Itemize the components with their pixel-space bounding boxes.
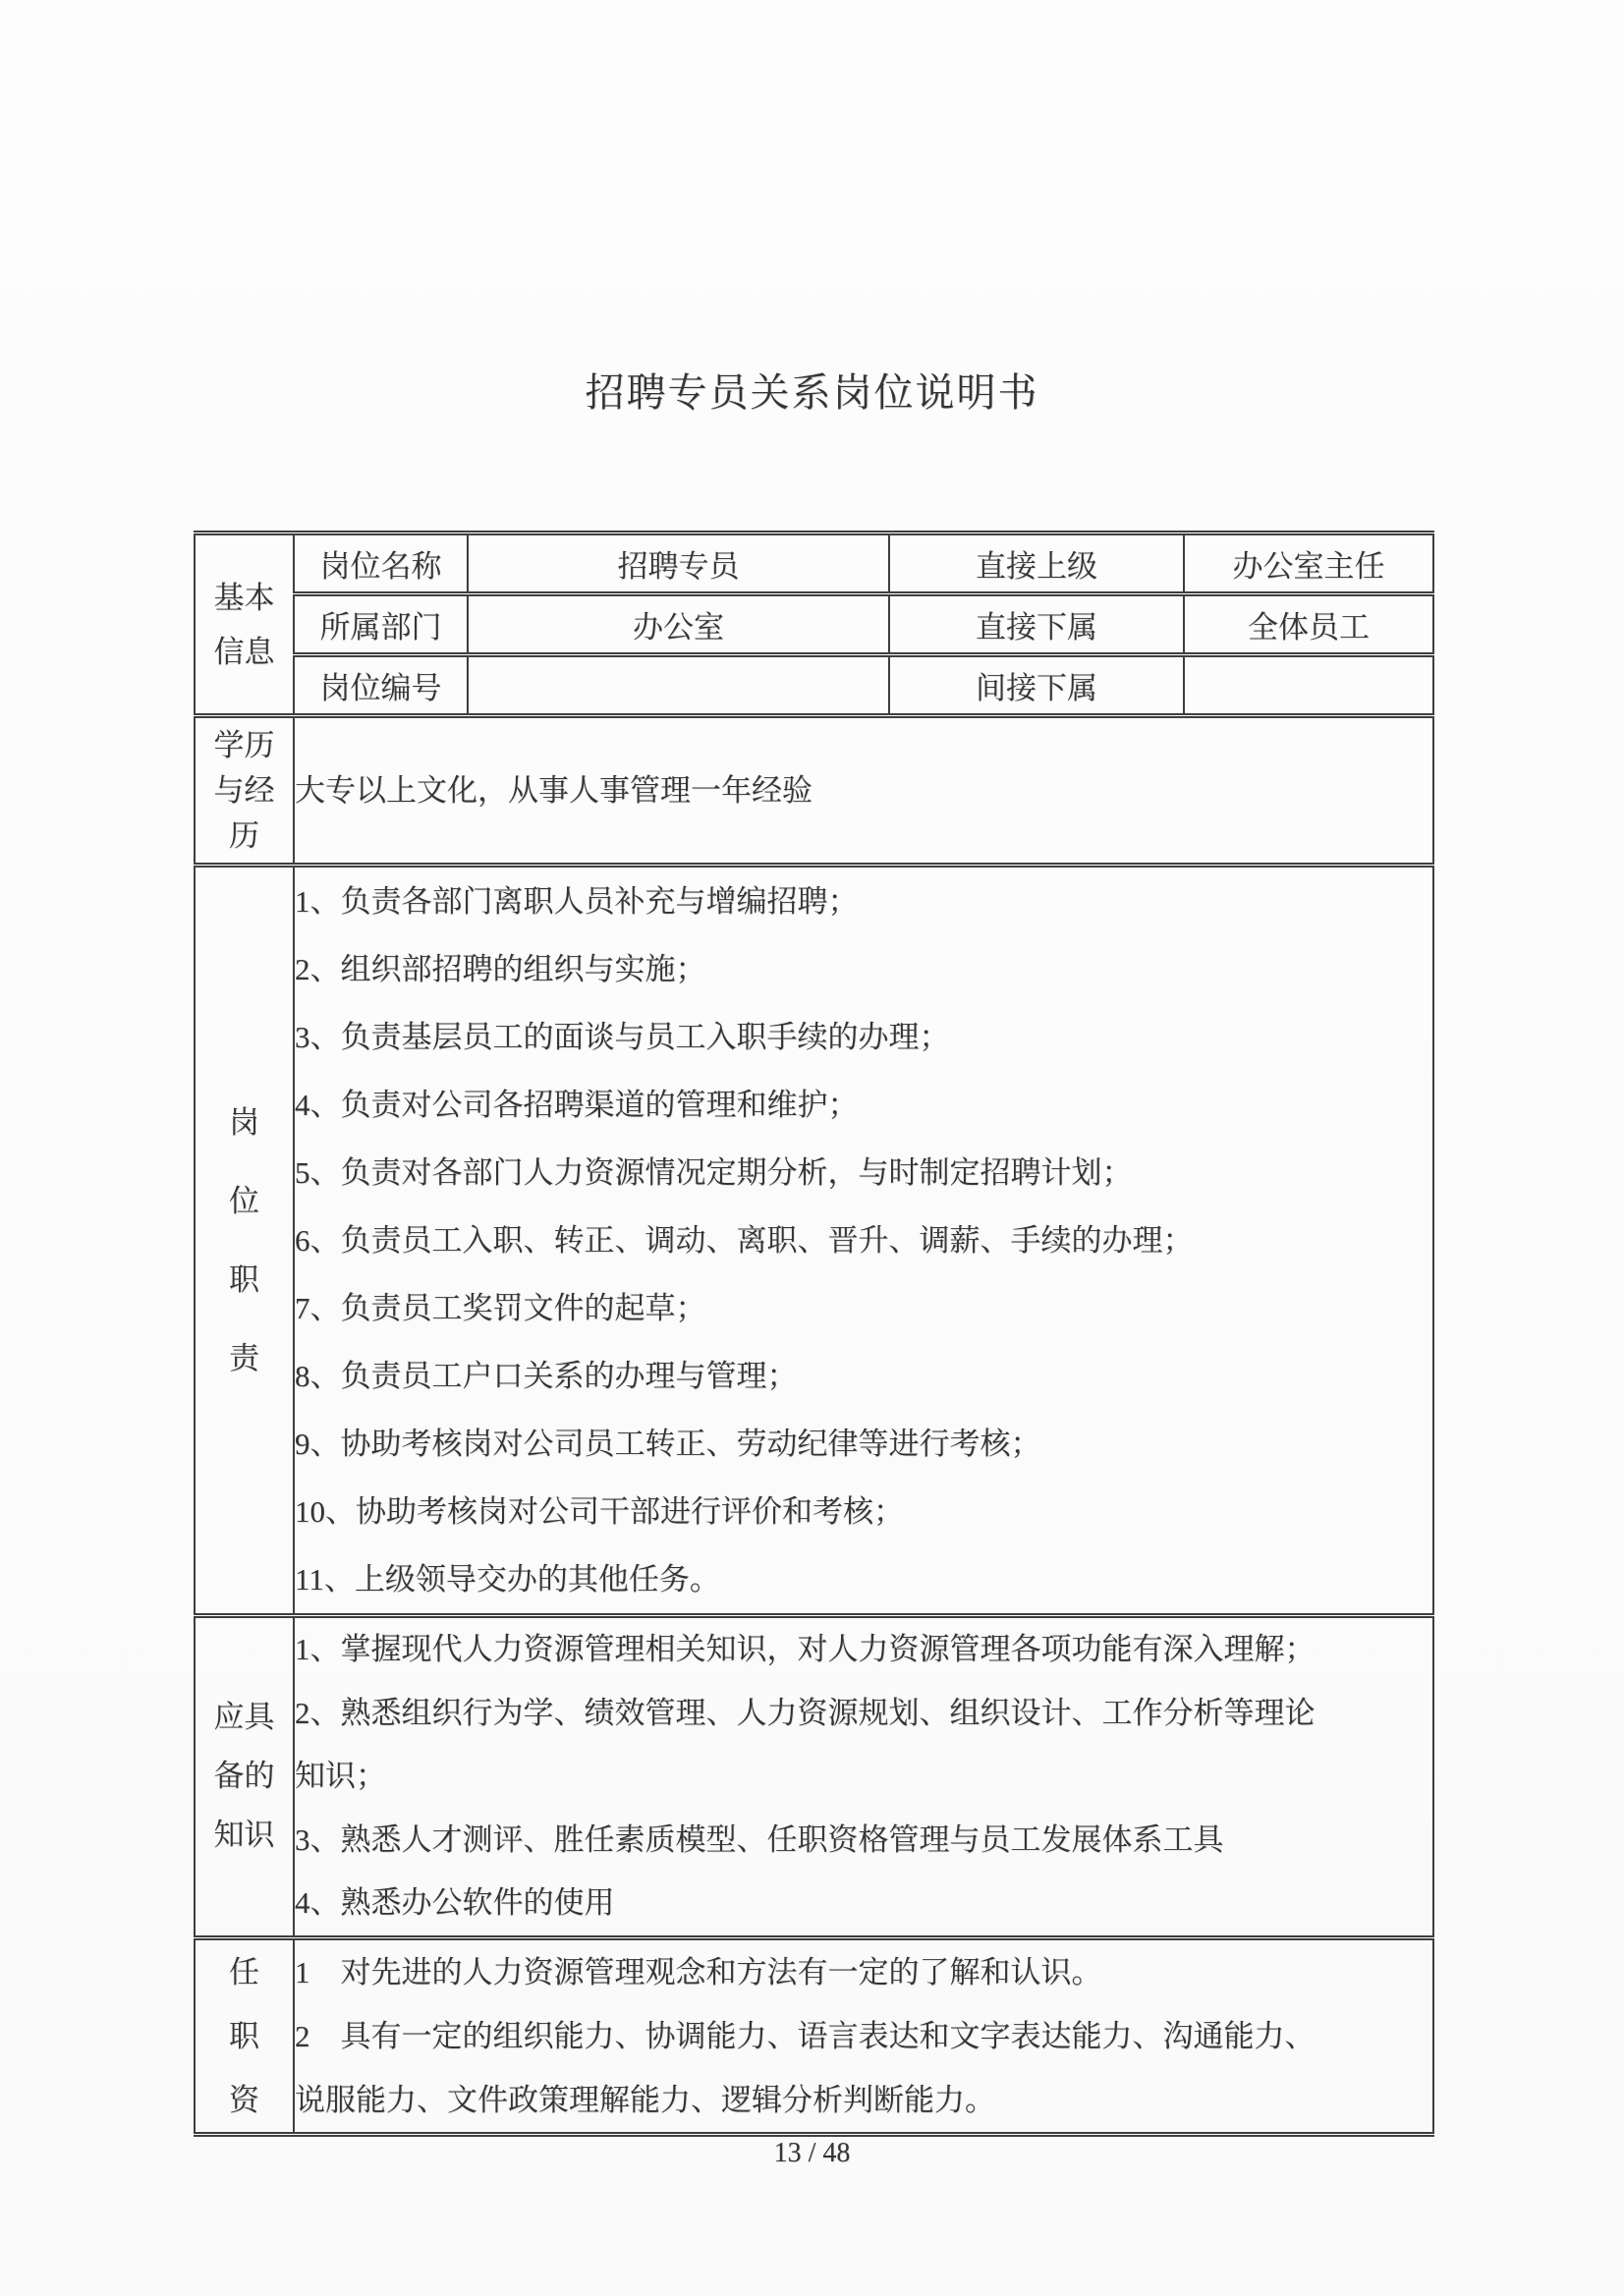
cell-education-content: 大专以上文化，从事人事管理一年经验 xyxy=(294,716,1433,866)
duty-item: 8、负责员工户口关系的办理与管理； xyxy=(295,1342,1432,1410)
cell-position-code-label: 岗位编号 xyxy=(294,655,468,716)
document-page: 招聘专员关系岗位说明书 基本 信息 岗位名称 招聘专员 直接上级 办公室主任 所… xyxy=(0,0,1624,2296)
cell-indirect-subordinate-value xyxy=(1184,655,1433,716)
cell-direct-subordinate-value: 全体员工 xyxy=(1184,594,1433,655)
cell-direct-superior-value: 办公室主任 xyxy=(1184,533,1433,594)
section-label-line: 岗 xyxy=(196,1084,293,1162)
cell-position-code-value xyxy=(468,655,889,716)
section-label-line: 责 xyxy=(196,1319,293,1398)
table-row-education: 学历 与经 历 大专以上文化，从事人事管理一年经验 xyxy=(195,716,1433,866)
section-label-line: 位 xyxy=(196,1162,293,1241)
duty-item: 11、上级领导交办的其他任务。 xyxy=(295,1545,1432,1613)
knowledge-item: 4、熟悉办公软件的使用 xyxy=(295,1872,1432,1935)
duty-item: 2、组织部招聘的组织与实施； xyxy=(295,935,1432,1003)
table-row-basic-1: 基本 信息 岗位名称 招聘专员 直接上级 办公室主任 xyxy=(195,533,1433,594)
section-label-line: 与经 xyxy=(196,768,293,813)
duty-item: 1、负责各部门离职人员补充与增编招聘； xyxy=(295,868,1432,935)
knowledge-item: 3、熟悉人才测评、胜任素质模型、任职资格管理与员工发展体系工具 xyxy=(295,1809,1432,1873)
education-text: 大专以上文化，从事人事管理一年经验 xyxy=(295,768,1432,813)
page-number: 13 / 48 xyxy=(0,2138,1624,2169)
section-label-line: 职 xyxy=(196,1241,293,1319)
cell-position-name-value: 招聘专员 xyxy=(468,533,889,594)
cell-knowledge-content: 1、掌握现代人力资源管理相关知识，对人力资源管理各项功能有深入理解； 2、熟悉组… xyxy=(294,1616,1433,1938)
table-row-basic-2: 所属部门 办公室 直接下属 全体员工 xyxy=(195,594,1433,655)
cell-qualification-content: 1 对先进的人力资源管理观念和方法有一定的了解和认识。 2 具有一定的组织能力、… xyxy=(294,1937,1433,2134)
section-label-line: 应具 xyxy=(196,1688,293,1747)
table-row-basic-3: 岗位编号 间接下属 xyxy=(195,655,1433,716)
cell-department-label: 所属部门 xyxy=(294,594,468,655)
table-row-knowledge: 应具 备的 知识 1、掌握现代人力资源管理相关知识，对人力资源管理各项功能有深入… xyxy=(195,1616,1433,1938)
table-row-duties: 岗 位 职 责 1、负责各部门离职人员补充与增编招聘； 2、组织部招聘的组织与实… xyxy=(195,866,1433,1616)
cell-department-value: 办公室 xyxy=(468,594,889,655)
duty-item: 10、协助考核岗对公司干部进行评价和考核； xyxy=(295,1478,1432,1545)
section-label-line: 任 xyxy=(196,1940,293,2004)
knowledge-item: 1、掌握现代人力资源管理相关知识，对人力资源管理各项功能有深入理解； xyxy=(295,1618,1432,1682)
duty-item: 3、负责基层员工的面谈与员工入职手续的办理； xyxy=(295,1003,1432,1071)
duty-item: 4、负责对公司各招聘渠道的管理和维护； xyxy=(295,1071,1432,1139)
cell-direct-subordinate-label: 直接下属 xyxy=(889,594,1184,655)
duty-item: 5、负责对各部门人力资源情况定期分析，与时制定招聘计划； xyxy=(295,1139,1432,1206)
knowledge-item-continuation: 知识； xyxy=(295,1745,1432,1809)
section-label-line: 信息 xyxy=(196,625,293,679)
qualification-item-continuation: 说服能力、文件政策理解能力、逻辑分析判断能力。 xyxy=(295,2068,1432,2132)
section-label-line: 知识 xyxy=(196,1806,293,1865)
knowledge-item: 2、熟悉组织行为学、绩效管理、人力资源规划、组织设计、工作分析等理论 xyxy=(295,1682,1432,1746)
table-row-qualification: 任 职 资 1 对先进的人力资源管理观念和方法有一定的了解和认识。 2 具有一定… xyxy=(195,1937,1433,2134)
cell-duties-content: 1、负责各部门离职人员补充与增编招聘； 2、组织部招聘的组织与实施； 3、负责基… xyxy=(294,866,1433,1616)
section-label-line: 学历 xyxy=(196,723,293,768)
duty-item: 7、负责员工奖罚文件的起草； xyxy=(295,1274,1432,1342)
section-label-line: 基本 xyxy=(196,571,293,625)
section-label-line: 职 xyxy=(196,2004,293,2068)
section-qualification-label: 任 职 资 xyxy=(195,1937,294,2134)
cell-indirect-subordinate-label: 间接下属 xyxy=(889,655,1184,716)
section-basic-info-label: 基本 信息 xyxy=(195,533,294,716)
cell-direct-superior-label: 直接上级 xyxy=(889,533,1184,594)
section-knowledge-label: 应具 备的 知识 xyxy=(195,1616,294,1938)
page-title: 招聘专员关系岗位说明书 xyxy=(0,362,1624,418)
section-label-line: 资 xyxy=(196,2068,293,2132)
duty-item: 9、协助考核岗对公司员工转正、劳动纪律等进行考核； xyxy=(295,1410,1432,1478)
section-duties-label: 岗 位 职 责 xyxy=(195,866,294,1616)
duty-item: 6、负责员工入职、转正、调动、离职、晋升、调薪、手续的办理； xyxy=(295,1206,1432,1274)
qualification-item: 2 具有一定的组织能力、协调能力、语言表达和文字表达能力、沟通能力、 xyxy=(295,2004,1432,2068)
section-label-line: 备的 xyxy=(196,1747,293,1806)
section-education-label: 学历 与经 历 xyxy=(195,716,294,866)
section-label-line: 历 xyxy=(196,813,293,859)
job-description-table: 基本 信息 岗位名称 招聘专员 直接上级 办公室主任 所属部门 办公室 直接下属… xyxy=(194,531,1434,2137)
qualification-item: 1 对先进的人力资源管理观念和方法有一定的了解和认识。 xyxy=(295,1940,1432,2004)
cell-position-name-label: 岗位名称 xyxy=(294,533,468,594)
